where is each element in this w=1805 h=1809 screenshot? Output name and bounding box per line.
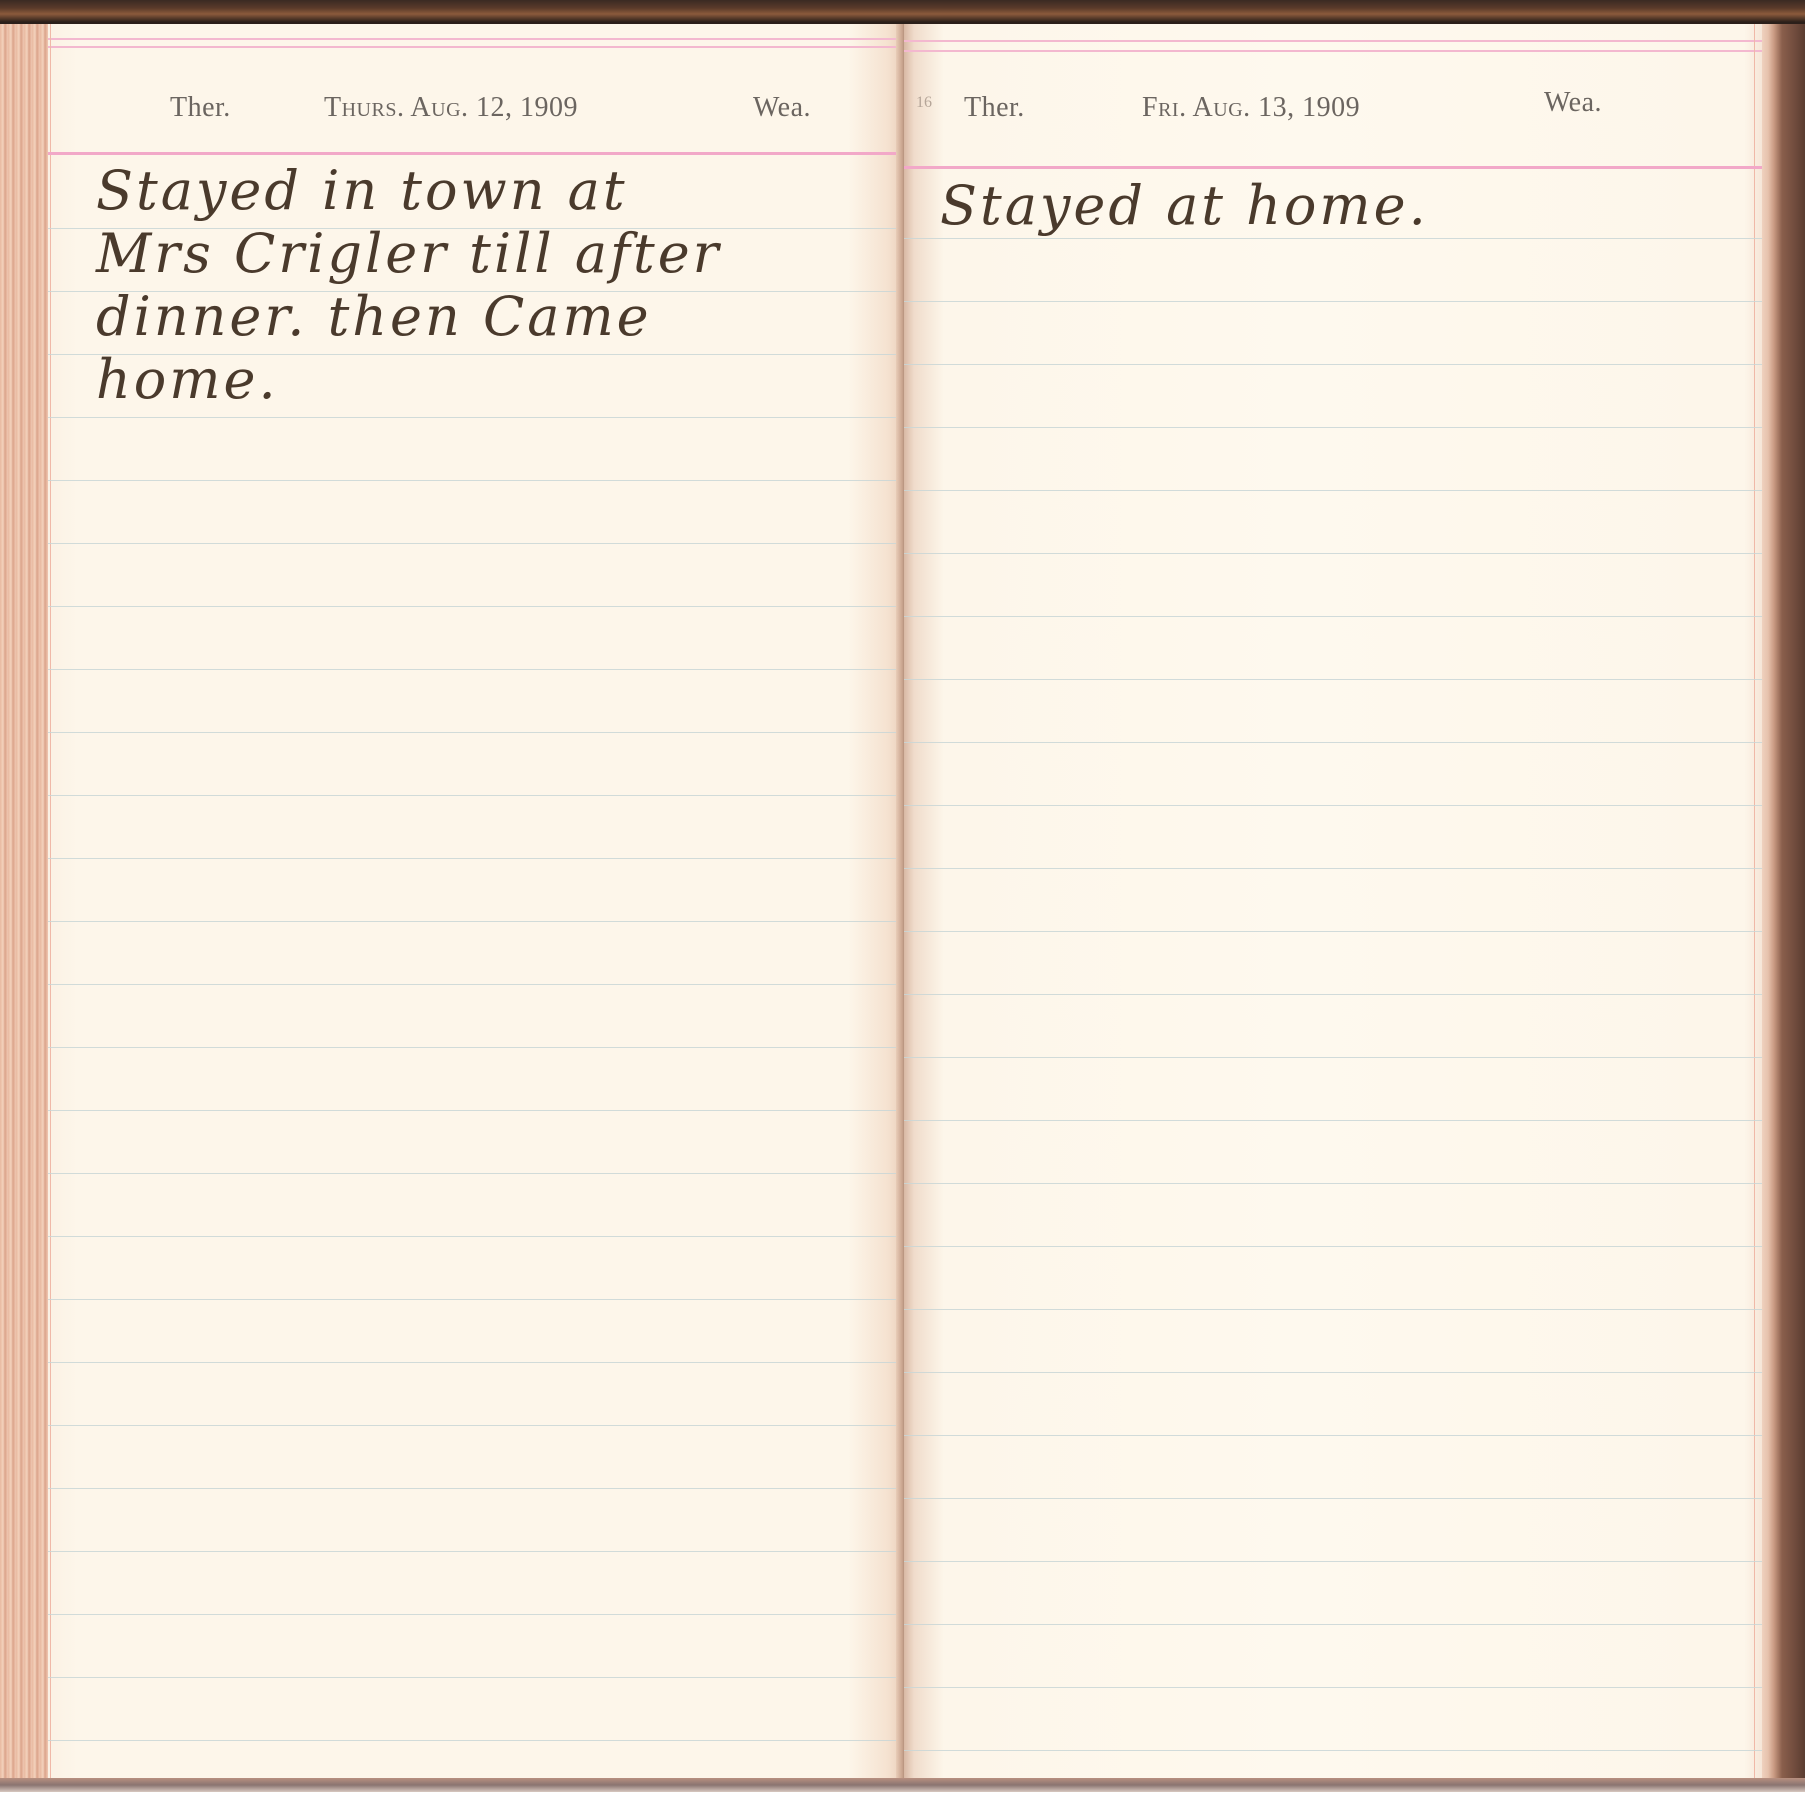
ruled-line xyxy=(48,1047,904,1048)
page-header: Ther. Fri. Aug. 13, 1909 Wea. xyxy=(904,84,1762,134)
diary-entry: Stayed in town at Mrs Crigler till after… xyxy=(96,159,722,411)
entry-line: Mrs Crigler till after xyxy=(96,222,722,285)
top-rule xyxy=(904,40,1762,42)
ruled-line xyxy=(48,732,904,733)
thermometer-label: Ther. xyxy=(170,92,231,124)
ruled-line xyxy=(904,1309,1762,1310)
ruled-line xyxy=(904,364,1762,365)
entry-line: Stayed at home. xyxy=(940,174,1429,237)
ruled-line xyxy=(904,931,1762,932)
top-rule xyxy=(48,38,904,40)
entry-date: Thurs. Aug. 12, 1909 xyxy=(324,92,578,124)
ruled-line xyxy=(904,1687,1762,1688)
entry-date: Fri. Aug. 13, 1909 xyxy=(1142,92,1360,124)
ruled-line xyxy=(48,606,904,607)
page-edges-left xyxy=(0,24,50,1780)
entry-line: Stayed in town at xyxy=(96,159,722,222)
header-divider xyxy=(48,152,904,155)
ruled-line xyxy=(48,1551,904,1552)
ruled-line xyxy=(48,1236,904,1237)
ruled-line xyxy=(904,1057,1762,1058)
ruled-line xyxy=(48,1299,904,1300)
ruled-line xyxy=(904,1372,1762,1373)
ruled-line xyxy=(48,795,904,796)
ruled-line xyxy=(48,1677,904,1678)
ruled-line xyxy=(904,427,1762,428)
page-header: Ther. Thurs. Aug. 12, 1909 Wea. xyxy=(48,84,904,134)
header-divider xyxy=(904,166,1762,169)
ruled-line xyxy=(904,994,1762,995)
margin-line xyxy=(50,24,51,1778)
top-rule xyxy=(904,50,1762,52)
ruled-line xyxy=(48,480,904,481)
ruled-line xyxy=(904,868,1762,869)
ruled-line xyxy=(48,1614,904,1615)
page-edges-right xyxy=(1760,24,1805,1780)
ruled-line xyxy=(48,1110,904,1111)
ruled-line xyxy=(48,669,904,670)
ruled-line xyxy=(904,1120,1762,1121)
ruled-line xyxy=(904,1435,1762,1436)
ruled-line xyxy=(904,301,1762,302)
diary-entry: Stayed at home. xyxy=(940,174,1429,237)
ruled-line xyxy=(48,543,904,544)
left-page: Ther. Thurs. Aug. 12, 1909 Wea. Stayed i… xyxy=(48,24,904,1778)
ruled-line xyxy=(904,1183,1762,1184)
ruled-line xyxy=(904,805,1762,806)
thermometer-label: Ther. xyxy=(964,92,1025,124)
ruled-line xyxy=(48,1740,904,1741)
ruled-line xyxy=(48,1362,904,1363)
entry-line: dinner. then Came xyxy=(96,285,722,348)
ruled-line xyxy=(904,1561,1762,1562)
top-rule xyxy=(48,46,904,48)
ruled-line xyxy=(904,1750,1762,1751)
ruled-line xyxy=(904,616,1762,617)
ruled-line xyxy=(904,490,1762,491)
ruled-line xyxy=(48,984,904,985)
ruled-line xyxy=(904,679,1762,680)
ruled-line xyxy=(904,1624,1762,1625)
ruled-line xyxy=(904,238,1762,239)
weather-label: Wea. xyxy=(1544,87,1602,119)
ruled-line xyxy=(48,417,904,418)
right-page: 16 Ther. Fri. Aug. 13, 1909 Wea. Stayed … xyxy=(904,24,1762,1778)
book-cover-bottom-edge xyxy=(0,1778,1805,1792)
ruled-line xyxy=(904,1246,1762,1247)
margin-line xyxy=(1754,24,1755,1778)
ruled-line xyxy=(48,921,904,922)
weather-label: Wea. xyxy=(753,92,811,124)
ruled-line xyxy=(904,742,1762,743)
ruled-line xyxy=(48,1425,904,1426)
ruled-line xyxy=(48,1173,904,1174)
ruled-line xyxy=(904,1498,1762,1499)
ruled-line xyxy=(48,1488,904,1489)
entry-line: home. xyxy=(96,348,722,411)
ruled-line xyxy=(48,858,904,859)
ruled-line xyxy=(904,553,1762,554)
